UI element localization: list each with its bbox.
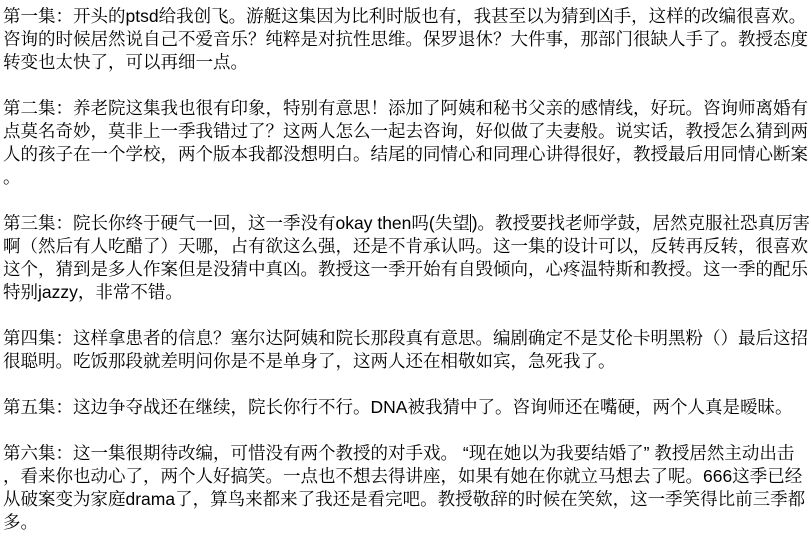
paragraph-episode-3: 第三集：院长你终于硬气一回，这一季没有okay then吗(失望)。教授要找老师… xyxy=(3,212,810,304)
text-line: 第三集：院长你终于硬气一回，这一季没有okay then吗(失望)。教授要找老师… xyxy=(3,212,810,235)
paragraph-episode-1: 第一集：开头的ptsd给我创飞。游艇这集因为比利时版也有，我甚至以为猜到凶手，这… xyxy=(3,5,810,74)
paragraph-episode-4: 第四集：这样拿患者的信息？塞尔达阿姨和院长那段真有意思。编剧确定不是艾伦卡明黑粉… xyxy=(3,327,810,373)
text-line: 人的孩子在一个学校，两个版本我都没想明白。结尾的同情心和同理心讲得很好，教授最后… xyxy=(3,143,810,166)
text-line: ，看来你也动心了，两个人好搞笑。一点也不想去得讲座，如果有她在你就立马想去了呢。… xyxy=(3,465,810,488)
text-line: 第一集：开头的ptsd给我创飞。游艇这集因为比利时版也有，我甚至以为猜到凶手，这… xyxy=(3,5,810,28)
text-line: 很聪明。吃饭那段就差明问你是不是单身了，这两人还在相敬如宾，急死我了。 xyxy=(3,350,810,373)
text-line: 点莫名奇妙，莫非上一季我错过了？这两人怎么一起去咨询，好似做了夫妻般。说实话，教… xyxy=(3,120,810,143)
text-line: 第二集：养老院这集我也很有印象，特别有意思！添加了阿姨和秘书父亲的感情线，好玩。… xyxy=(3,97,810,120)
text-line: 。 xyxy=(3,166,810,189)
text-line: 这个，猜到是多人作案但是没猜中真凶。教授这一季开始有自毁倾向，心疼温特斯和教授。… xyxy=(3,258,810,281)
text-line: 咨询的时候居然说自己不爱音乐？纯粹是对抗性思维。保罗退休？大件事，那部门很缺人手… xyxy=(3,28,810,51)
text-line: 第四集：这样拿患者的信息？塞尔达阿姨和院长那段真有意思。编剧确定不是艾伦卡明黑粉… xyxy=(3,327,810,350)
text-segment-after-cursor: )。教授要找老师学鼓，居然克服社恐真厉害 xyxy=(472,213,810,233)
text-line: 第五集：这边争夺战还在继续，院长你行不行。DNA被我猜中了。咨询师还在嘴硬，两个… xyxy=(3,396,810,419)
text-line: 啊（然后有人吃醋了）天哪，占有欲这么强，还是不肯承认吗。这一集的设计可以，反转再… xyxy=(3,235,810,258)
text-line: 多。 xyxy=(3,511,810,534)
text-line: 从破案变为家庭drama了，算鸟来都来了我还是看完吧。教授敬辞的时候在笑欸，这一… xyxy=(3,488,810,511)
text-line: 特别jazzy，非常不错。 xyxy=(3,281,810,304)
text-line: 第六集：这一集很期待改编，可惜没有两个教授的对手戏。 “现在她以为我要结婚了” … xyxy=(3,442,810,465)
document-page[interactable]: 第一集：开头的ptsd给我创飞。游艇这集因为比利时版也有，我甚至以为猜到凶手，这… xyxy=(0,0,812,540)
text-line: 转变也太快了，可以再细一点。 xyxy=(3,51,810,74)
paragraph-episode-5: 第五集：这边争夺战还在继续，院长你行不行。DNA被我猜中了。咨询师还在嘴硬，两个… xyxy=(3,396,810,419)
paragraph-episode-2: 第二集：养老院这集我也很有印象，特别有意思！添加了阿姨和秘书父亲的感情线，好玩。… xyxy=(3,97,810,189)
paragraph-episode-6: 第六集：这一集很期待改编，可惜没有两个教授的对手戏。 “现在她以为我要结婚了” … xyxy=(3,442,810,534)
text-segment-before-cursor: 第三集：院长你终于硬气一回，这一季没有okay then吗(失望 xyxy=(3,213,470,233)
